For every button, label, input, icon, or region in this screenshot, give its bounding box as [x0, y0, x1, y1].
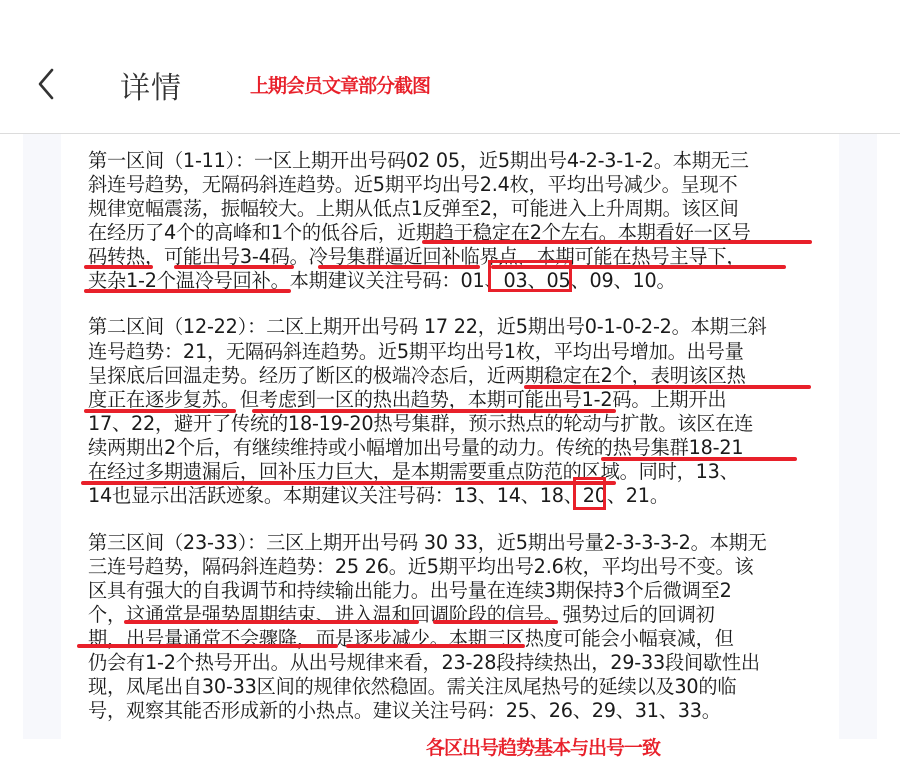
highlight-box-18 — [573, 477, 606, 510]
highlight-underline — [524, 385, 811, 389]
highlight-underline — [422, 240, 812, 244]
left-margin-strip — [23, 134, 61, 739]
right-margin-strip — [839, 134, 877, 739]
highlight-underline — [124, 620, 419, 624]
highlight-box-01-03 — [488, 260, 572, 292]
highlight-underline — [601, 457, 797, 461]
annotation-top: 上期会员文章部分截图 — [250, 71, 430, 98]
highlight-underline — [84, 409, 236, 413]
text-line: 号，观察其能否形成新的小热点。建议关注号码：25、26、29、31、33。 — [88, 699, 721, 723]
highlight-underline — [318, 265, 480, 269]
back-button[interactable] — [30, 64, 64, 104]
text-line: 17、22，避开了传统的18-19-20热号集群，预示热点的轮动与扩散。该区在连 — [88, 412, 753, 436]
highlight-underline — [433, 620, 558, 624]
chevron-left-icon — [30, 64, 64, 104]
text-line: 三连号趋势，隔码斜连趋势：25 26。近5期平均出号2.6枚，平均出号不变。该 — [88, 555, 753, 579]
highlight-underline — [77, 644, 338, 648]
top-nav-bar: 详情 上期会员文章部分截图 — [0, 0, 900, 134]
text-line: 规律宽幅震荡，振幅较大。上期从低点1反弹至2，可能进入上升周期。该区间 — [88, 197, 739, 221]
highlight-underline — [81, 481, 616, 485]
text-line: 区具有强大的自我调节和持续输出能力。出号量在连续3期保持3个后微调至2 — [88, 579, 732, 603]
article-content: 第一区间（1-11）：一区上期开出号码02 05，近5期出号4-2-3-1-2。… — [61, 134, 839, 739]
text-line: 斜连号趋势，无隔码斜连趋势。近5期平均出号2.4枚，平均出号减少。呈现不 — [88, 173, 738, 197]
highlight-underline — [252, 409, 616, 413]
text-line: 仍会有1-2个热号开出。从出号规律来看，23-28段持续热出，29-33段间歇性… — [88, 651, 760, 675]
annotation-bottom: 各区出号趋势基本与出号一致 — [426, 733, 660, 760]
highlight-underline — [84, 265, 153, 269]
highlight-underline — [174, 265, 294, 269]
text-line: 现，凤尾出自30-33区间的规律依然稳固。需关注凤尾热号的延续以及30的临 — [88, 675, 736, 699]
text-line: 第二区间（12-22）：二区上期开出号码 17 22，近5期出号0-1-0-2-… — [88, 315, 767, 339]
highlight-underline — [346, 644, 525, 648]
text-line: 连号趋势：21，无隔码斜连趋势。近5期平均出号1枚，平均出号增加。出号量 — [88, 340, 744, 364]
text-line: 第一区间（1-11）：一区上期开出号码02 05，近5期出号4-2-3-1-2。… — [88, 149, 749, 173]
page-title: 详情 — [120, 63, 182, 107]
text-line: 第三区间（23-33）：三区上期开出号码 30 33，近5期出号量2-3-3-3… — [88, 531, 767, 555]
highlight-underline — [84, 289, 291, 293]
